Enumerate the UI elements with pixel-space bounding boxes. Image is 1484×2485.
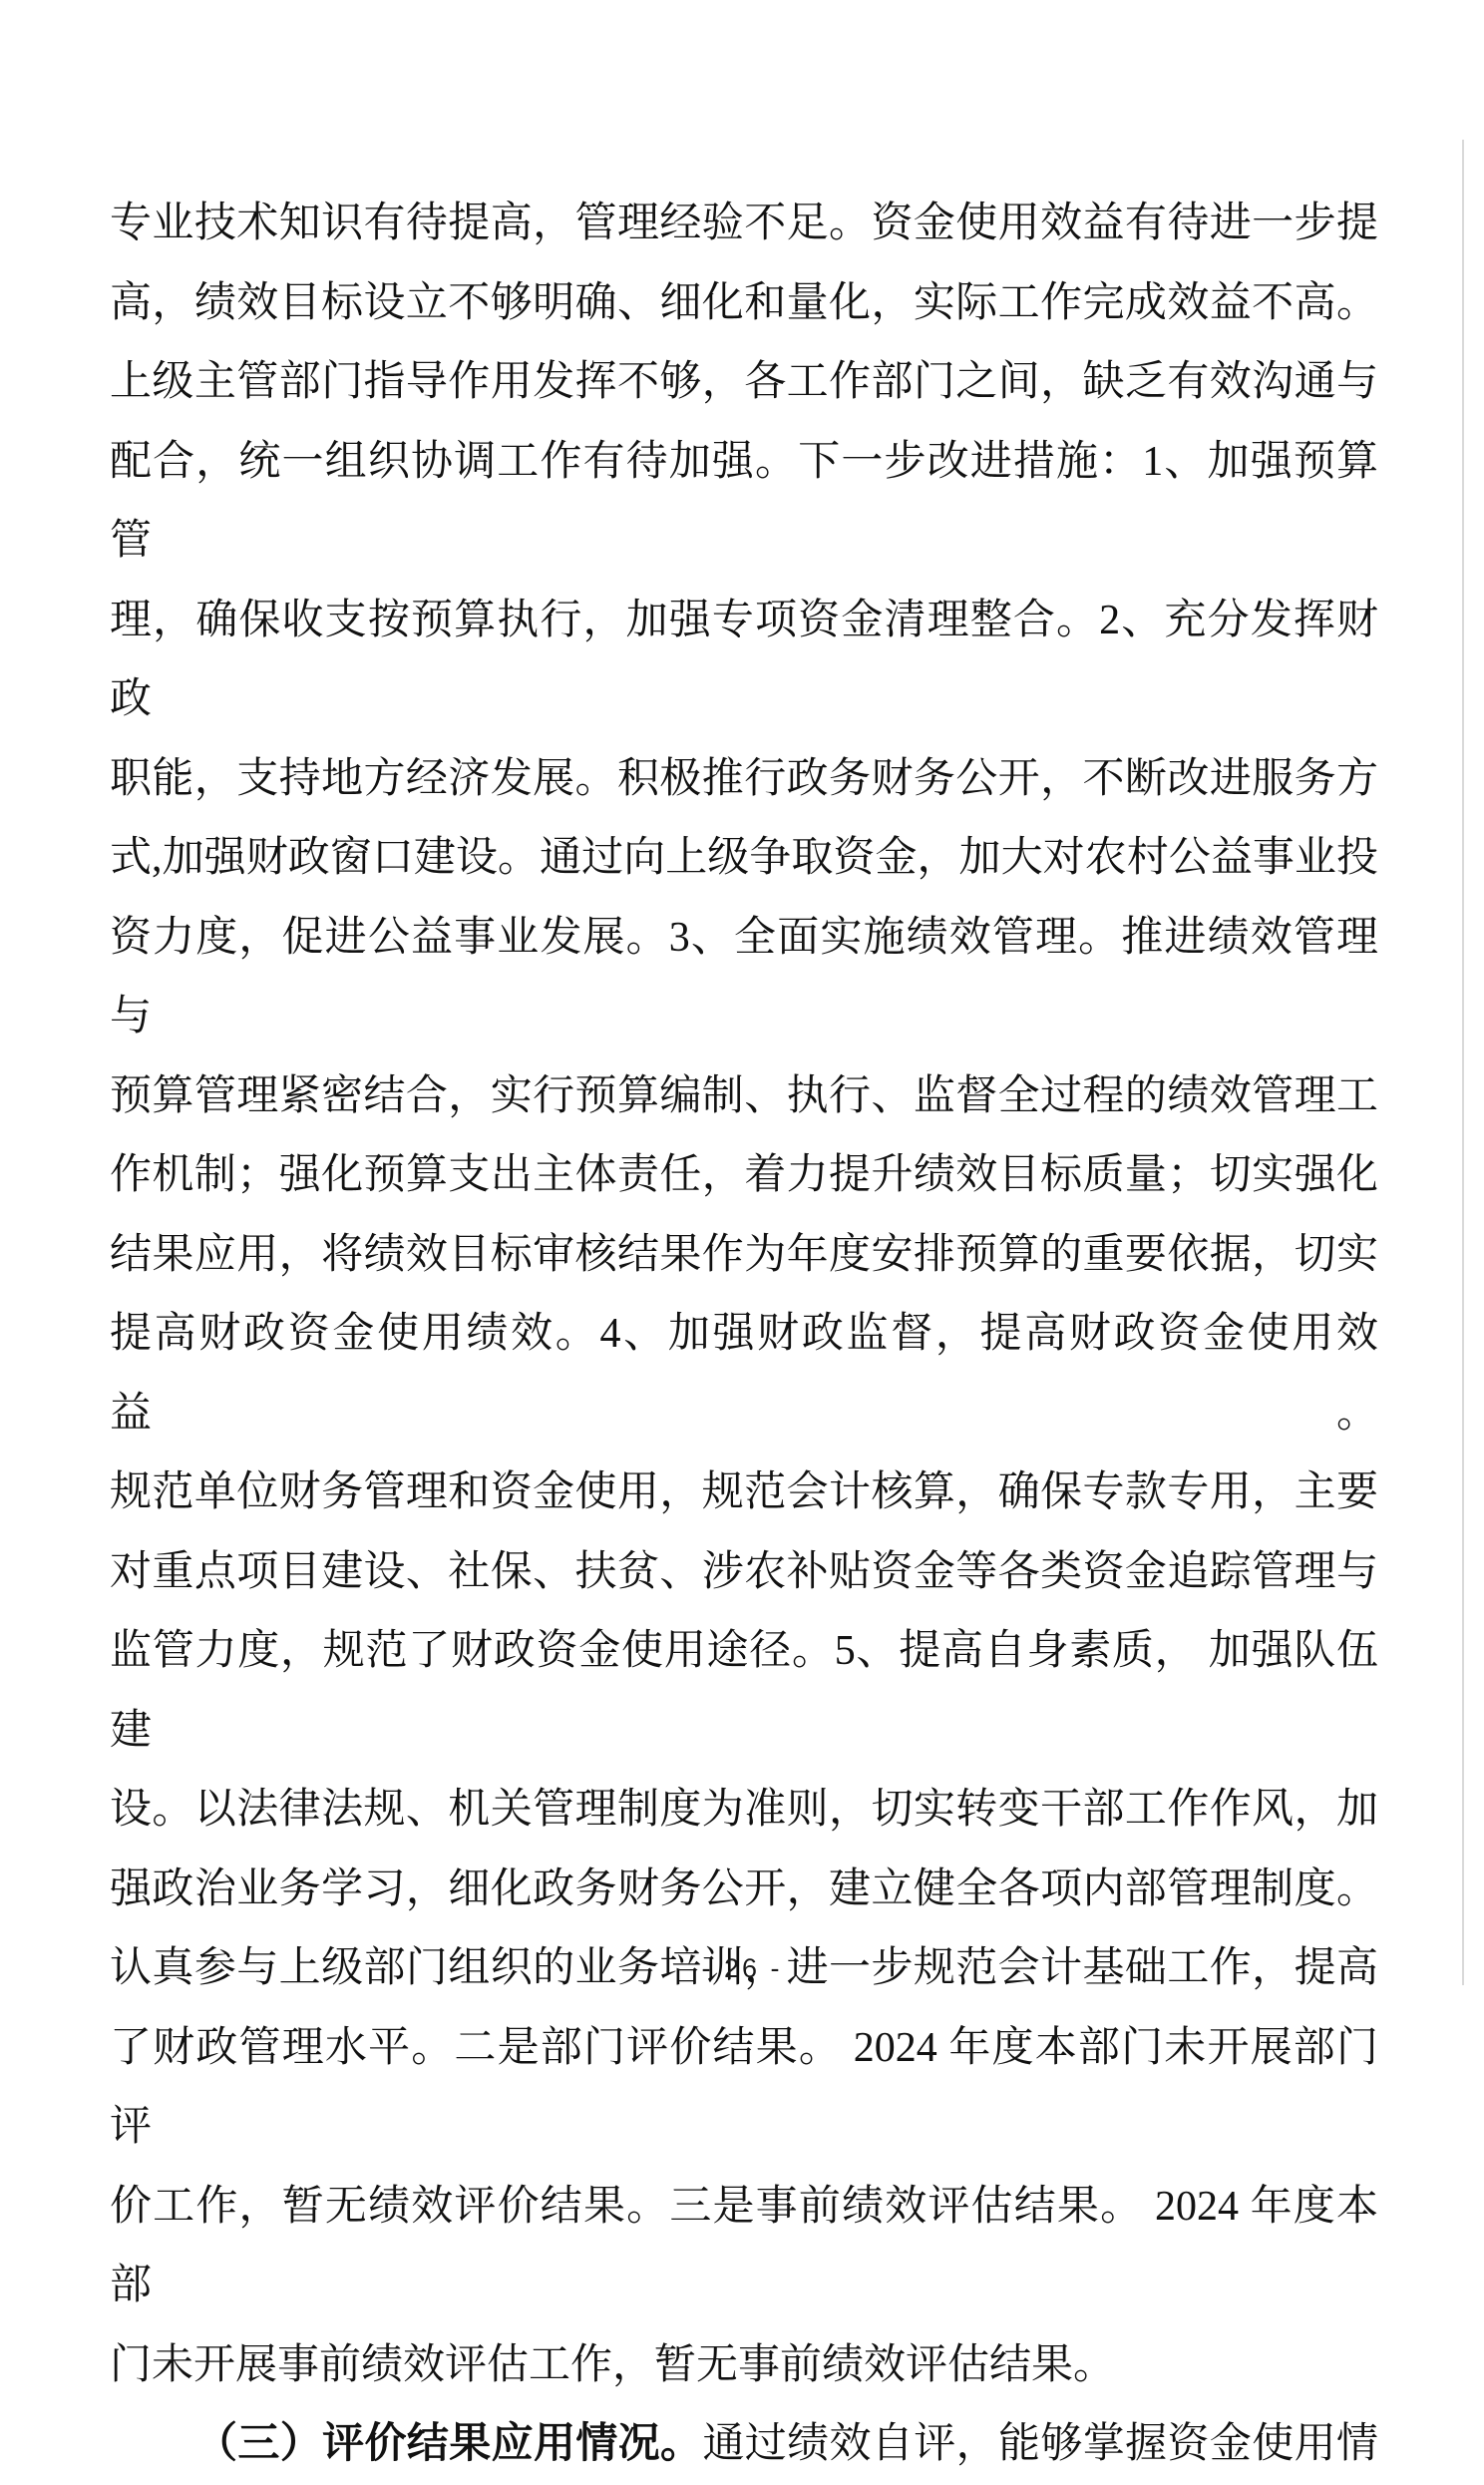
text-line: 高，绩效目标设立不够明确、细化和量化，实际工作完成效益不高。	[110, 264, 1378, 344]
text-segment: 作机制；强化预算支出主体责任，着力提升绩效目标质量；切实强化	[110, 1152, 1378, 1198]
text-segment: 资力度，促进公益事业发展。3、全面实施绩效管理。推进绩效管理与	[110, 915, 1378, 1040]
text-segment: 专业技术知识有待提高，管理经验不足。资金使用效益有待进一步提	[110, 201, 1378, 246]
text-segment: 对重点项目建设、社保、扶贫、涉农补贴资金等各类资金追踪管理与	[110, 1549, 1378, 1595]
text-segment: 监管力度，规范了财政资金使用途径。5、提高自身素质， 加强队伍建	[110, 1628, 1378, 1754]
text-line: 作机制；强化预算支出主体责任，着力提升绩效目标质量；切实强化	[110, 1136, 1378, 1216]
text-segment: 提高财政资金使用绩效。4、加强财政监督，提高财政资金使用效益。	[110, 1311, 1378, 1437]
text-segment: 结果应用，将绩效目标审核结果作为年度安排预算的重要依据，切实	[110, 1232, 1378, 1278]
text-segment: 设。以法律法规、机关管理制度为准则，切实转变干部工作作风，加	[110, 1787, 1378, 1833]
text-line: 强政治业务学习，细化政务财务公开，建立健全各项内部管理制度。	[110, 1851, 1378, 1930]
text-line: 规范单位财务管理和资金使用，规范会计核算，确保专款专用，主要	[110, 1453, 1378, 1533]
page-edge-line	[1462, 140, 1464, 1985]
text-line: 理，确保收支按预算执行，加强专项资金清理整合。2、充分发挥财政	[110, 582, 1378, 740]
text-line: 式,加强财政窗口建设。通过向上级争取资金，加大对农村公益事业投	[110, 819, 1378, 899]
text-line: 上级主管部门指导作用发挥不够，各工作部门之间，缺乏有效沟通与	[110, 343, 1378, 423]
text-segment: 了财政管理水平。二是部门评价结果。 2024 年度本部门未开展部门评	[110, 2025, 1378, 2100]
text-line: 提高财政资金使用绩效。4、加强财政监督，提高财政资金使用效益。	[110, 1295, 1378, 1453]
text-line: 结果应用，将绩效目标审核结果作为年度安排预算的重要依据，切实	[110, 1216, 1378, 1296]
text-segment: 上级主管部门指导作用发挥不够，各工作部门之间，缺乏有效沟通与	[110, 359, 1378, 405]
text-line: 预算管理紧密结合，实行预算编制、执行、监督全过程的绩效管理工	[110, 1057, 1378, 1137]
text-segment: 理，确保收支按预算执行，加强专项资金清理整合。2、充分发挥财政	[110, 598, 1378, 723]
text-segment: 职能，支持地方经济发展。积极推行政务财务公开，不断改进服务方	[110, 756, 1378, 802]
document-page: 专业技术知识有待提高，管理经验不足。资金使用效益有待进一步提高，绩效目标设立不够…	[0, 0, 1484, 2099]
text-line: 对重点项目建设、社保、扶贫、涉农补贴资金等各类资金追踪管理与	[110, 1533, 1378, 1613]
text-segment: 预算管理紧密结合，实行预算编制、执行、监督全过程的绩效管理工	[110, 1073, 1378, 1119]
body-text: 专业技术知识有待提高，管理经验不足。资金使用效益有待进一步提高，绩效目标设立不够…	[110, 185, 1378, 2099]
text-line: 监管力度，规范了财政资金使用途径。5、提高自身素质， 加强队伍建	[110, 1612, 1378, 1771]
text-segment: 高，绩效目标设立不够明确、细化和量化，实际工作完成效益不高。	[110, 280, 1378, 326]
text-line: 资力度，促进公益事业发展。3、全面实施绩效管理。推进绩效管理与	[110, 899, 1378, 1057]
text-segment: 配合，统一组织协调工作有待加强。下一步改进措施：1、加强预算管	[110, 439, 1378, 565]
text-segment: 强政治业务学习，细化政务财务公开，建立健全各项内部管理制度。	[110, 1866, 1378, 1912]
text-line: 职能，支持地方经济发展。积极推行政务财务公开，不断改进服务方	[110, 740, 1378, 820]
text-line: 专业技术知识有待提高，管理经验不足。资金使用效益有待进一步提	[110, 185, 1378, 264]
text-segment: 式,加强财政窗口建设。通过向上级争取资金，加大对农村公益事业投	[110, 835, 1378, 881]
text-line: 了财政管理水平。二是部门评价结果。 2024 年度本部门未开展部门评	[110, 2009, 1378, 2100]
page-number: - 26 -	[0, 1953, 1484, 1984]
text-line: 设。以法律法规、机关管理制度为准则，切实转变干部工作作风，加	[110, 1771, 1378, 1851]
text-line: 配合，统一组织协调工作有待加强。下一步改进措施：1、加强预算管	[110, 423, 1378, 582]
text-segment: 规范单位财务管理和资金使用，规范会计核算，确保专款专用，主要	[110, 1469, 1378, 1515]
